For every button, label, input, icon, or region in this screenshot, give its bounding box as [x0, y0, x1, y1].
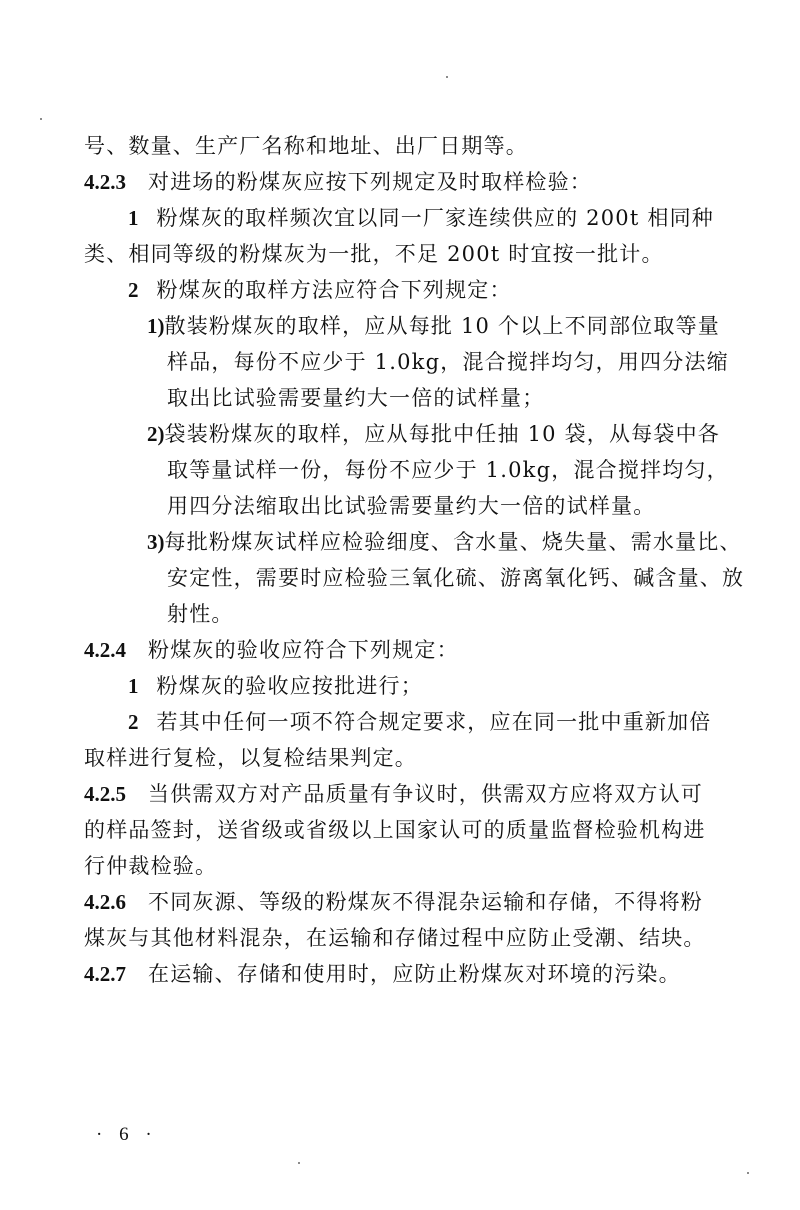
document-page: 号、数量、生产厂名称和地址、出厂日期等。 4.2.3对进场的粉煤灰应按下列规定及…	[0, 0, 800, 1210]
item-1: 1粉煤灰的验收应按批进行；	[128, 674, 778, 698]
item-2: 2若其中任何一项不符合规定要求，应在同一批中重新加倍	[128, 710, 778, 734]
subitem-number: 1)	[147, 314, 165, 338]
text-line: 类、相同等级的粉煤灰为一批，不足 200t 时宜按一批计。	[84, 242, 734, 266]
clause-number: 4.2.3	[84, 170, 126, 194]
item-text: 粉煤灰的取样方法应符合下列规定：	[157, 278, 512, 302]
item-2: 2粉煤灰的取样方法应符合下列规定：	[128, 278, 778, 302]
text-line: 行仲裁检验。	[84, 854, 734, 878]
subitem-text: 每批粉煤灰试样应检验细度、含水量、烧失量、需水量比、	[165, 530, 742, 554]
subitem-number: 3)	[147, 530, 165, 554]
item-number: 1	[128, 674, 139, 698]
clause-number: 4.2.7	[84, 962, 126, 986]
subitem-number: 2)	[147, 422, 165, 446]
text-line: 煤灰与其他材料混杂，在运输和存储过程中应防止受潮、结块。	[84, 926, 734, 950]
subitem-text: 袋装粉煤灰的取样，应从每批中任抽 10 袋，从每袋中各	[165, 422, 720, 446]
clause-4-2-6: 4.2.6不同灰源、等级的粉煤灰不得混杂运输和存储，不得将粉	[84, 890, 734, 914]
text-line: 用四分法缩取出比试验需要量约大一倍的试样量。	[167, 494, 800, 518]
item-text: 粉煤灰的验收应按批进行；	[157, 674, 423, 698]
text-line: 取样进行复检，以复检结果判定。	[84, 746, 734, 770]
item-text: 若其中任何一项不符合规定要求，应在同一批中重新加倍	[157, 710, 712, 734]
subitem-3: 3)每批粉煤灰试样应检验细度、含水量、烧失量、需水量比、	[147, 530, 797, 554]
text-line: 射性。	[167, 602, 800, 626]
text-line: 取等量试样一份，每份不应少于 1.0kg，混合搅拌均匀，	[167, 458, 800, 482]
subitem-2: 2)袋装粉煤灰的取样，应从每批中任抽 10 袋，从每袋中各	[147, 422, 797, 446]
clause-text: 粉煤灰的验收应符合下列规定：	[148, 638, 459, 662]
clause-number: 4.2.4	[84, 638, 126, 662]
scan-speck	[40, 118, 42, 120]
page-number: · 6 ·	[96, 1124, 158, 1146]
text-line: 取出比试验需要量约大一倍的试样量；	[167, 386, 800, 410]
text-line: 的样品签封，送省级或省级以上国家认可的质量监督检验机构进	[84, 818, 734, 842]
text-line: 样品，每份不应少于 1.0kg，混合搅拌均匀，用四分法缩	[167, 350, 800, 374]
item-1: 1粉煤灰的取样频次宜以同一厂家连续供应的 200t 相同种	[128, 206, 778, 230]
clause-4-2-4: 4.2.4粉煤灰的验收应符合下列规定：	[84, 638, 734, 662]
item-text: 粉煤灰的取样频次宜以同一厂家连续供应的 200t 相同种	[157, 206, 714, 230]
clause-text: 当供需双方对产品质量有争议时，供需双方应将双方认可	[148, 782, 703, 806]
item-number: 2	[128, 710, 139, 734]
subitem-text: 散装粉煤灰的取样，应从每批 10 个以上不同部位取等量	[165, 314, 720, 338]
text-line: 安定性，需要时应检验三氧化硫、游离氧化钙、碱含量、放	[167, 566, 800, 590]
scan-speck	[446, 76, 448, 78]
clause-number: 4.2.5	[84, 782, 126, 806]
clause-4-2-7: 4.2.7在运输、存储和使用时，应防止粉煤灰对环境的污染。	[84, 962, 734, 986]
scan-speck	[747, 1172, 749, 1174]
item-number: 2	[128, 278, 139, 302]
subitem-1: 1)散装粉煤灰的取样，应从每批 10 个以上不同部位取等量	[147, 314, 797, 338]
clause-4-2-5: 4.2.5当供需双方对产品质量有争议时，供需双方应将双方认可	[84, 782, 734, 806]
clause-4-2-3: 4.2.3对进场的粉煤灰应按下列规定及时取样检验：	[84, 170, 734, 194]
clause-text: 对进场的粉煤灰应按下列规定及时取样检验：	[148, 170, 592, 194]
item-number: 1	[128, 206, 139, 230]
clause-text: 不同灰源、等级的粉煤灰不得混杂运输和存储，不得将粉	[148, 890, 703, 914]
clause-text: 在运输、存储和使用时，应防止粉煤灰对环境的污染。	[148, 962, 681, 986]
scan-speck	[298, 1162, 300, 1164]
clause-number: 4.2.6	[84, 890, 126, 914]
text-line: 号、数量、生产厂名称和地址、出厂日期等。	[84, 134, 734, 158]
